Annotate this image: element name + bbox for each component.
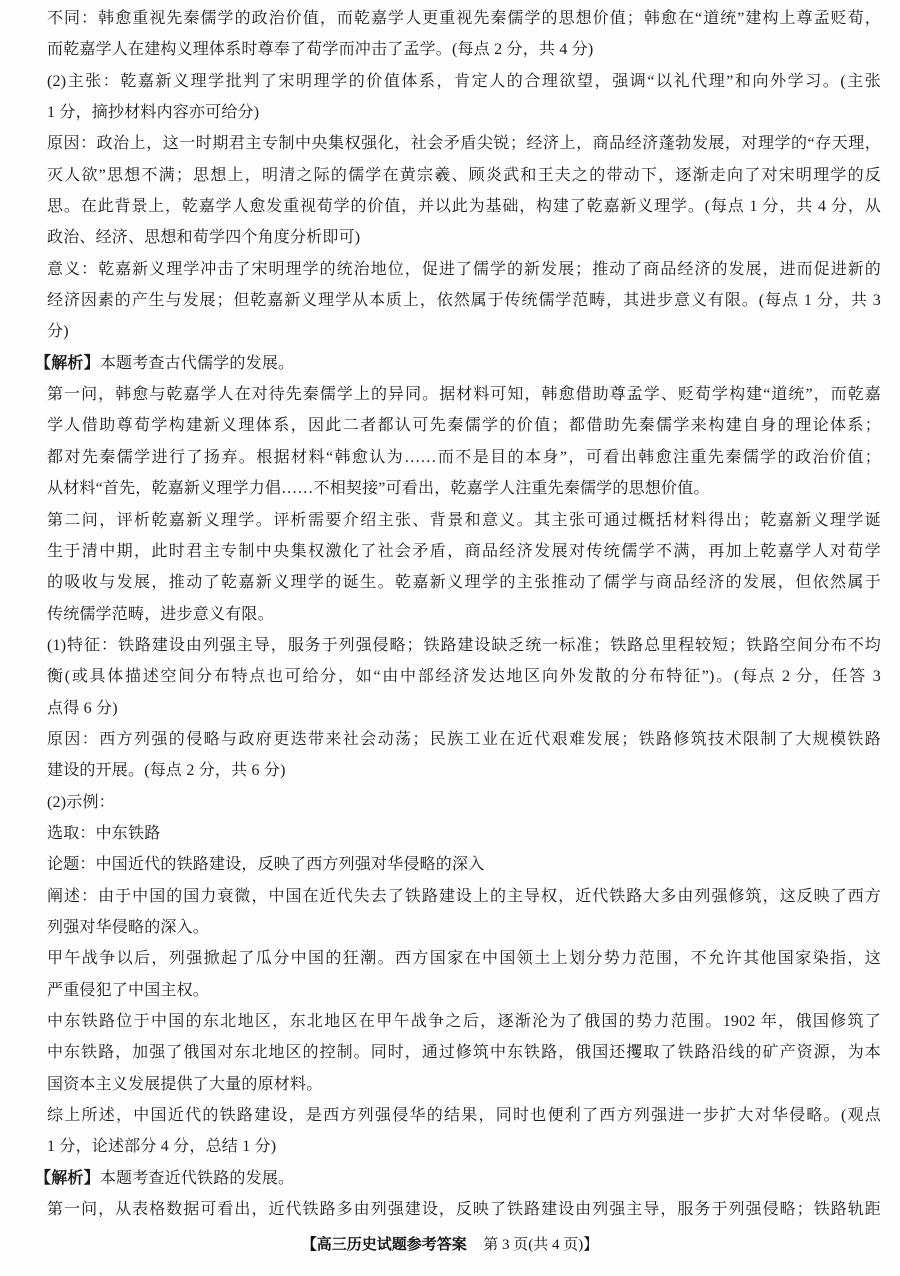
doc-line: 都对先秦儒学进行了扬弃。根据材料“韩愈认为……而不是目的本身”，可看出韩愈注重先…: [47, 442, 881, 473]
analysis-line-q17: 【解析】本题考查古代儒学的发展。: [35, 348, 881, 379]
doc-line: 国资本主义发展提供了大量的原材料。: [47, 1069, 881, 1100]
doc-line: 严重侵犯了中国主权。: [47, 975, 881, 1006]
doc-line: 原因：政治上，这一时期君主专制中央集权强化，社会矛盾尖锐；经济上，商品经济蓬勃发…: [47, 128, 881, 159]
doc-line: 思。在此背景上，乾嘉学人愈发重视荀学的价值，并以此为基础，构建了乾嘉新义理学。(…: [47, 191, 881, 222]
doc-line: 中东铁路位于中国的东北地区，东北地区在甲午战争之后，逐渐沦为了俄国的势力范围。1…: [47, 1006, 881, 1037]
doc-line-thesis: 论题：中国近代的铁路建设，反映了西方列强对华侵略的深入: [47, 849, 881, 880]
doc-line: 分): [47, 316, 881, 347]
doc-line: 生于清中期，此时君主专制中央集权激化了社会矛盾，商品经济发展对传统儒学不满，再加…: [47, 536, 881, 567]
doc-line-selection: 选取：中东铁路: [47, 818, 881, 849]
page-footer: 【高三历史试题参考答案第 3 页(共 4 页)】: [0, 1234, 900, 1256]
doc-line: 列强对华侵略的深入。: [47, 912, 881, 943]
doc-line: 传统儒学范畴，进步意义有限。: [47, 599, 881, 630]
doc-line: 第二问，评析乾嘉新义理学。评析需要介绍主张、背景和意义。其主张可通过概括材料得出…: [47, 505, 881, 536]
doc-line-q18-start: 18.(1)特征：铁路建设由列强主导，服务于列强侵略；铁路建设缺乏统一标准；铁路…: [47, 630, 881, 661]
doc-line: 建设的开展。(每点 2 分，共 6 分): [47, 755, 881, 786]
analysis-line-q18: 【解析】本题考查近代铁路的发展。: [35, 1163, 881, 1194]
doc-line: 意义：乾嘉新义理学冲击了宋明理学的统治地位，促进了儒学的新发展；推动了商品经济的…: [47, 254, 881, 285]
doc-line: 的吸收与发展，推动了乾嘉新义理学的诞生。乾嘉新义理学的主张推动了儒学与商品经济的…: [47, 567, 881, 598]
analysis-text: 本题考查古代儒学的发展。: [100, 355, 294, 372]
doc-line: 学人借助尊荀学构建新义理体系，因此二者都认可先秦儒学的价值；都借助先秦儒学来构建…: [47, 410, 881, 441]
question-18-text: (1)特征：铁路建设由列强主导，服务于列强侵略；铁路建设缺乏统一标准；铁路总里程…: [47, 637, 881, 654]
doc-line: 第一问，韩愈与乾嘉学人在对待先秦儒学上的异同。据材料可知，韩愈借助尊孟学、贬荀学…: [47, 379, 881, 410]
doc-line: 经济因素的产生与发展；但乾嘉新义理学从本质上，依然属于传统儒学范畴，其进步意义有…: [47, 285, 881, 316]
doc-line: 1 分，摘抄材料内容亦可给分): [47, 97, 881, 128]
doc-line: 衡(或具体描述空间分布特点也可给分，如“由中部经济发达地区向外发散的分布特征”)…: [47, 661, 881, 692]
doc-line-example-heading: (2)示例：: [47, 787, 881, 818]
doc-line-q17-part2: (2)主张：乾嘉新义理学批判了宋明理学的价值体系，肯定人的合理欲望，强调“以礼代…: [47, 66, 881, 97]
footer-title: 【高三历史试题参考答案: [302, 1237, 467, 1253]
doc-line: 原因：西方列强的侵略与政府更迭带来社会动荡；民族工业在近代艰难发展；铁路修筑技术…: [47, 724, 881, 755]
analysis-text: 本题考查近代铁路的发展。: [100, 1170, 294, 1187]
footer-page-number: 第 3 页(共 4 页)】: [483, 1237, 598, 1253]
answer-body: 不同：韩愈重视先秦儒学的政治价值，而乾嘉学人更重视先秦儒学的思想价值；韩愈在“道…: [47, 3, 881, 1225]
doc-line: 第一问，从表格数据可看出，近代铁路多由列强建设，反映了铁路建设由列强主导，服务于…: [47, 1194, 881, 1225]
doc-line: 综上所述，中国近代的铁路建设，是西方列强侵华的结果，同时也便利了西方列强进一步扩…: [47, 1100, 881, 1131]
doc-line: 点得 6 分): [47, 693, 881, 724]
analysis-label: 【解析】: [35, 1170, 100, 1187]
doc-line: 不同：韩愈重视先秦儒学的政治价值，而乾嘉学人更重视先秦儒学的思想价值；韩愈在“道…: [47, 3, 881, 34]
doc-line: 灭人欲”思想不满；思想上，明清之际的儒学在黄宗羲、顾炎武和王夫之的带动下，逐渐走…: [47, 160, 881, 191]
doc-line: 甲午战争以后，列强掀起了瓜分中国的狂潮。西方国家在中国领土上划分势力范围，不允许…: [47, 943, 881, 974]
doc-line: 而乾嘉学人在建构义理体系时尊奉了荀学而冲击了孟学。(每点 2 分，共 4 分): [47, 34, 881, 65]
doc-line: 政治、经济、思想和荀学四个角度分析即可): [47, 222, 881, 253]
doc-line: 1 分，论述部分 4 分，总结 1 分): [47, 1131, 881, 1162]
analysis-label: 【解析】: [35, 355, 100, 372]
doc-line: 阐述：由于中国的国力衰微，中国在近代失去了铁路建设上的主导权，近代铁路大多由列强…: [47, 881, 881, 912]
doc-line: 从材料“首先，乾嘉新义理学力倡……不相契接”可看出，乾嘉学人注重先秦儒学的思想价…: [47, 473, 881, 504]
doc-line: 中东铁路，加强了俄国对东北地区的控制。同时，通过修筑中东铁路，俄国还攫取了铁路沿…: [47, 1037, 881, 1068]
answer-key-page: 不同：韩愈重视先秦儒学的政治价值，而乾嘉学人更重视先秦儒学的思想价值；韩愈在“道…: [0, 0, 900, 1276]
